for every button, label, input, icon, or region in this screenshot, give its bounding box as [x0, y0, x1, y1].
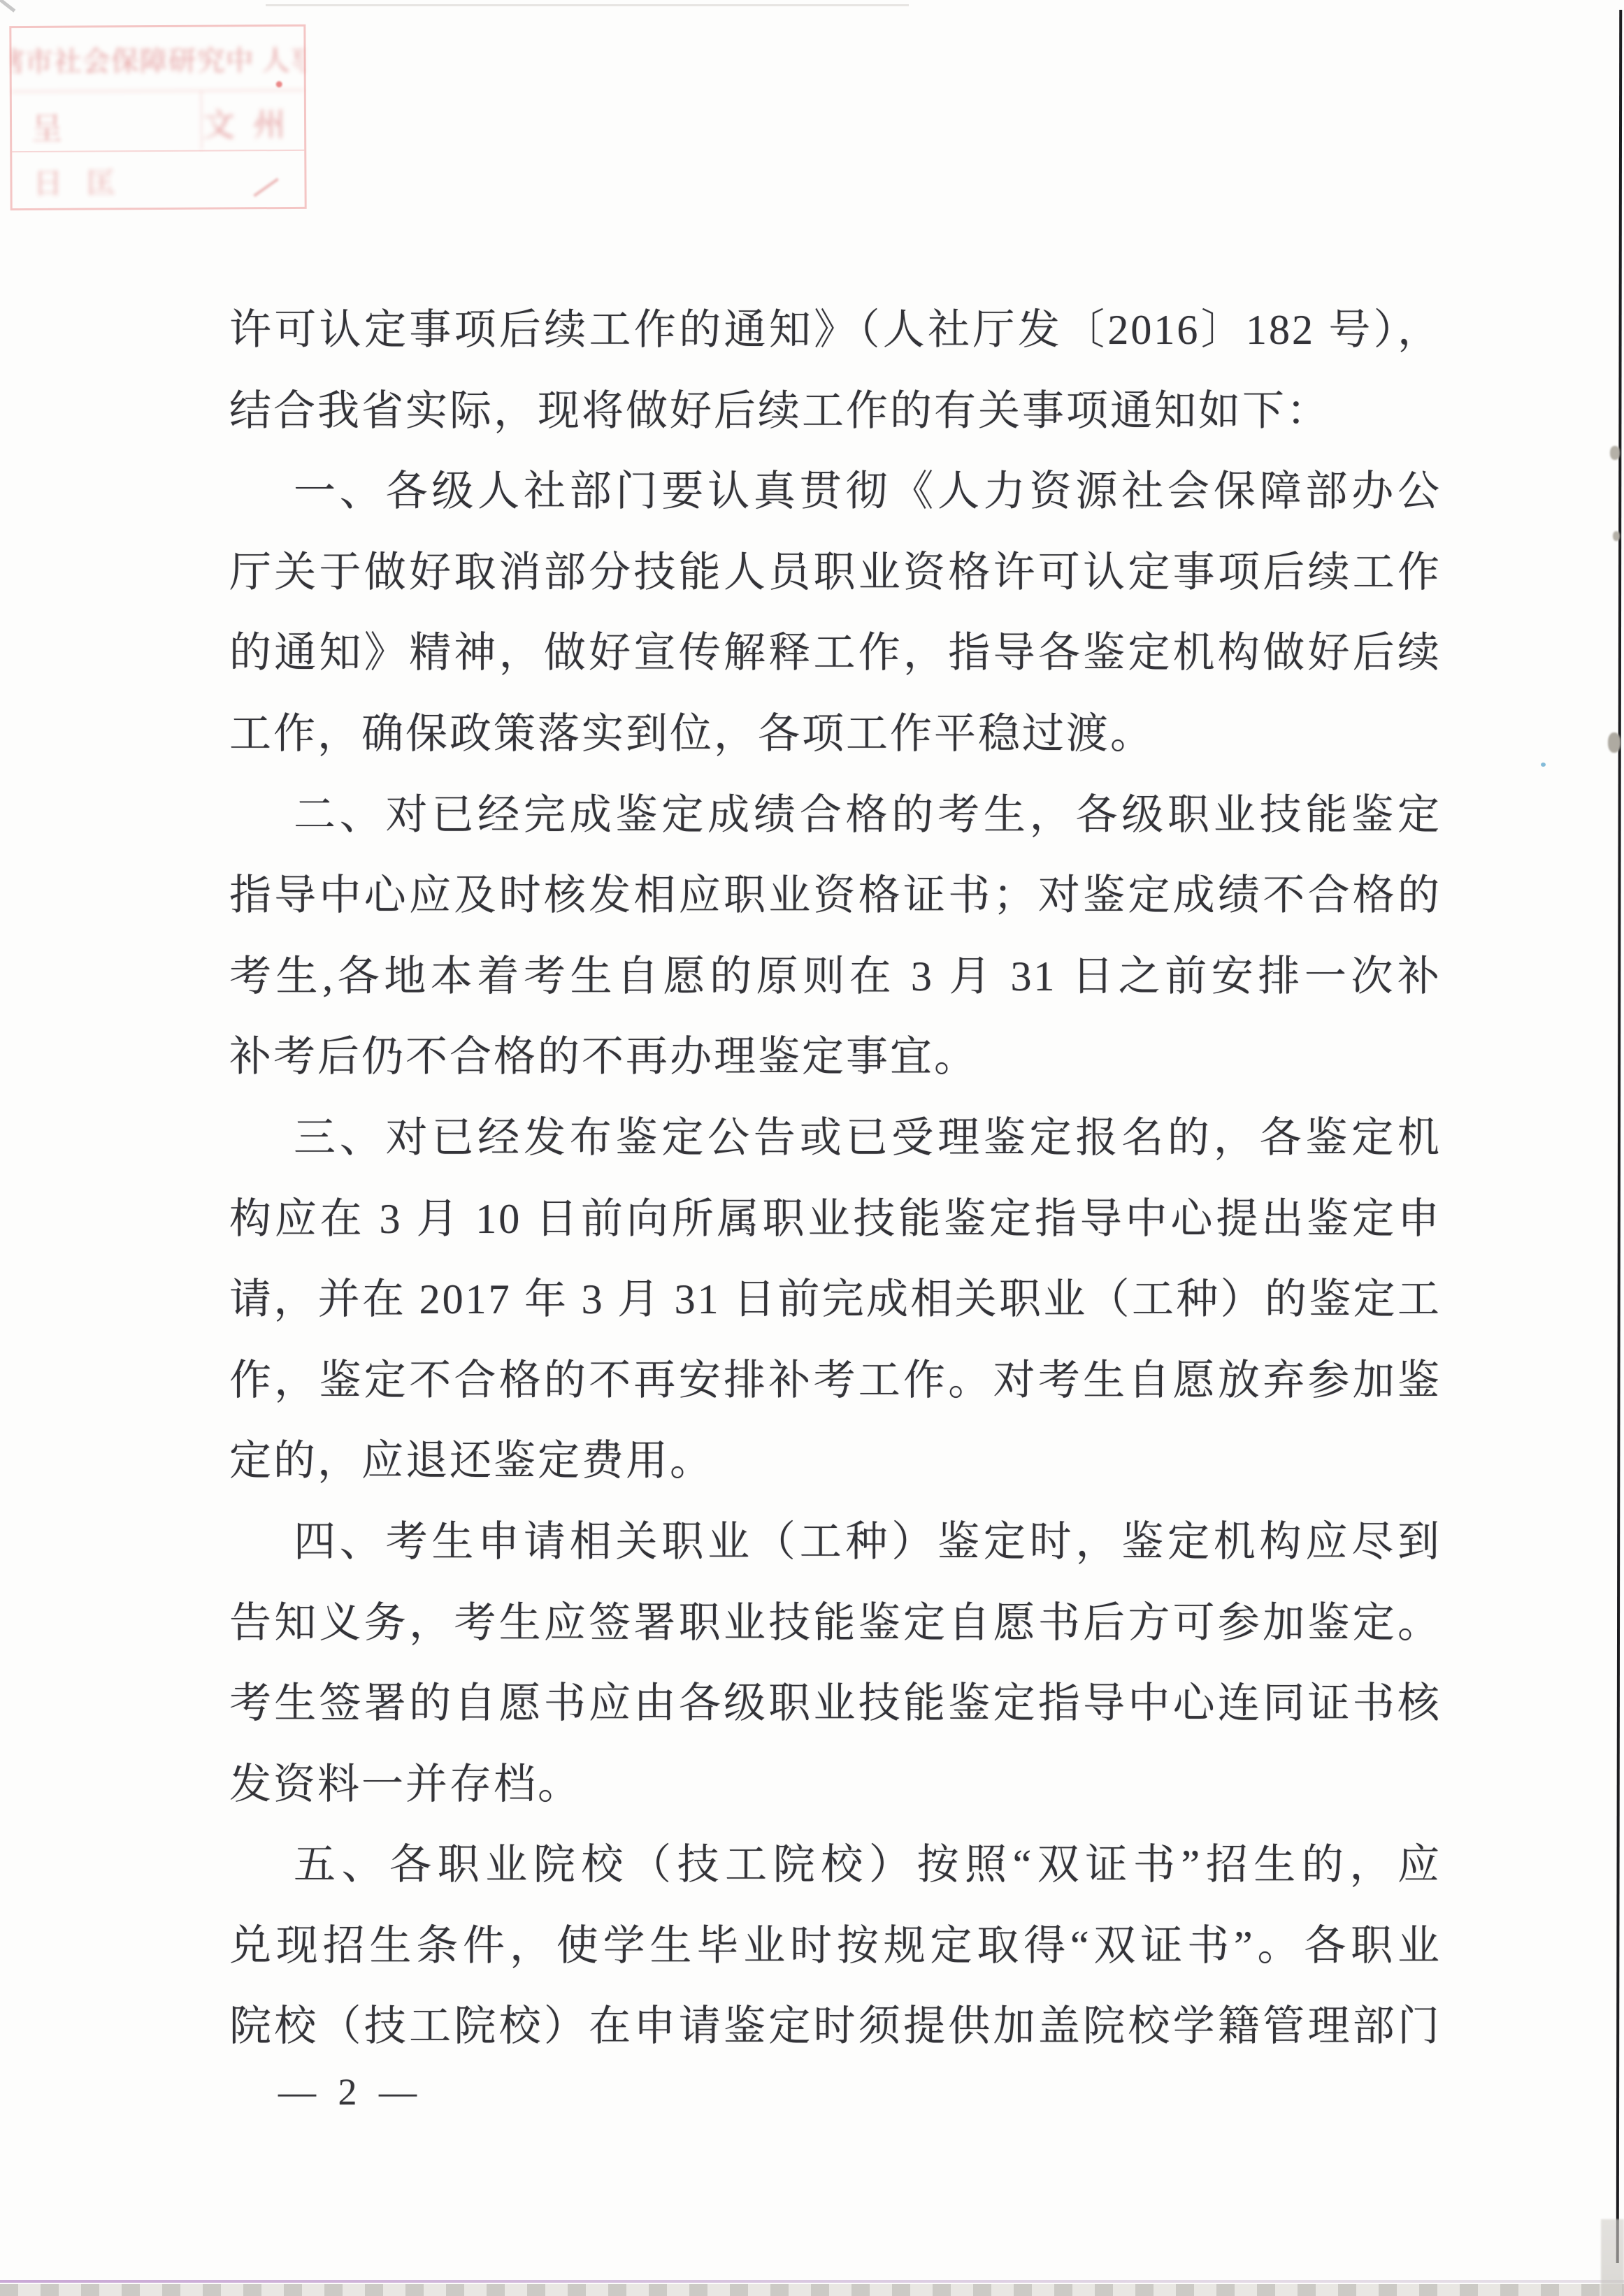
page-number: — 2 —: [278, 2070, 423, 2114]
doc-line: 告知义务，考生应签署职业技能鉴定自愿书后方可参加鉴定。: [229, 1583, 1442, 1664]
bottom-right-corner-shade: [1601, 2219, 1624, 2296]
stamp-bottom-row: 日匡: [12, 151, 304, 215]
doc-line: 二、对已经完成鉴定成绩合格的考生，各级职业技能鉴定: [229, 775, 1442, 856]
receipt-stamp: 省辖市社会保障研究中 人事楼 呈 文州 日匡: [9, 24, 306, 210]
doc-line: 结合我省实际，现将做好后续工作的有关事项通知如下：: [229, 371, 1442, 452]
doc-line: 厅关于做好取消部分技能人员职业资格许可认定事项后续工作: [229, 533, 1442, 614]
doc-line: 院校（技工院校）在申请鉴定时须提供加盖院校学籍管理部门: [229, 1986, 1442, 2067]
scanned-document-page: 省辖市社会保障研究中 人事楼 呈 文州 日匡 许可认定事项后续工作的通知》（人社…: [0, 0, 1624, 2296]
scan-blob: [1608, 732, 1621, 753]
scan-blob: [1610, 446, 1620, 460]
top-scan-streak: [266, 4, 909, 6]
doc-line: 请，并在 2017 年 3 月 31 日前完成相关职业（工种）的鉴定工: [229, 1259, 1442, 1341]
stamp-middle-left-cell: 呈: [12, 92, 202, 151]
doc-line: 指导中心应及时核发相应职业资格证书；对鉴定成绩不合格的: [229, 855, 1442, 937]
corner-scan-mark: [0, 0, 15, 13]
cyan-speck: [1541, 763, 1546, 767]
stamp-middle-right-cell: 文州: [202, 91, 304, 150]
stamp-red-speck: [276, 81, 282, 87]
doc-line: 定的，应退还鉴定费用。: [229, 1421, 1442, 1502]
doc-line: 作，鉴定不合格的不再安排补考工作。对考生自愿放弃参加鉴: [229, 1341, 1442, 1422]
doc-line: 考生签署的自愿书应由各级职业技能鉴定指导中心连同证书核: [229, 1663, 1442, 1745]
stamp-title-row: 省辖市社会保障研究中 人事楼: [11, 27, 303, 92]
doc-line: 考生,各地本着考生自愿的原则在 3 月 31 日之前安排一次补考，: [229, 937, 1442, 1018]
doc-line: 五、各职业院校（技工院校）按照“双证书”招生的，应: [229, 1825, 1442, 1906]
stamp-middle-row: 呈 文州: [12, 91, 304, 152]
doc-line: 构应在 3 月 10 日前向所属职业技能鉴定指导中心提出鉴定申: [229, 1179, 1442, 1260]
doc-line: 许可认定事项后续工作的通知》（人社厅发〔2016〕182 号），: [229, 290, 1442, 371]
bottom-scan-line: [0, 2280, 1624, 2283]
doc-line: 兑现招生条件，使学生毕业时按规定取得“双证书”。各职业: [229, 1906, 1442, 1987]
doc-line: 一、各级人社部门要认真贯彻《人力资源社会保障部办公: [229, 452, 1442, 533]
document-body-text: 许可认定事项后续工作的通知》（人社厅发〔2016〕182 号），结合我省实际，现…: [229, 290, 1442, 2067]
page-right-edge-line: [1616, 10, 1623, 2263]
doc-line: 工作，确保政策落实到位，各项工作平稳过渡。: [229, 694, 1442, 775]
doc-line: 补考后仍不合格的不再办理鉴定事宜。: [229, 1017, 1442, 1098]
scan-blob: [1613, 531, 1620, 541]
doc-line: 三、对已经发布鉴定公告或已受理鉴定报名的，各鉴定机: [229, 1098, 1442, 1179]
doc-line: 四、考生申请相关职业（工种）鉴定时，鉴定机构应尽到: [229, 1502, 1442, 1583]
doc-line: 的通知》精神，做好宣传解释工作，指导各鉴定机构做好后续: [229, 613, 1442, 694]
doc-line: 发资料一并存档。: [229, 1745, 1442, 1826]
bottom-scan-strip: [0, 2284, 1624, 2296]
